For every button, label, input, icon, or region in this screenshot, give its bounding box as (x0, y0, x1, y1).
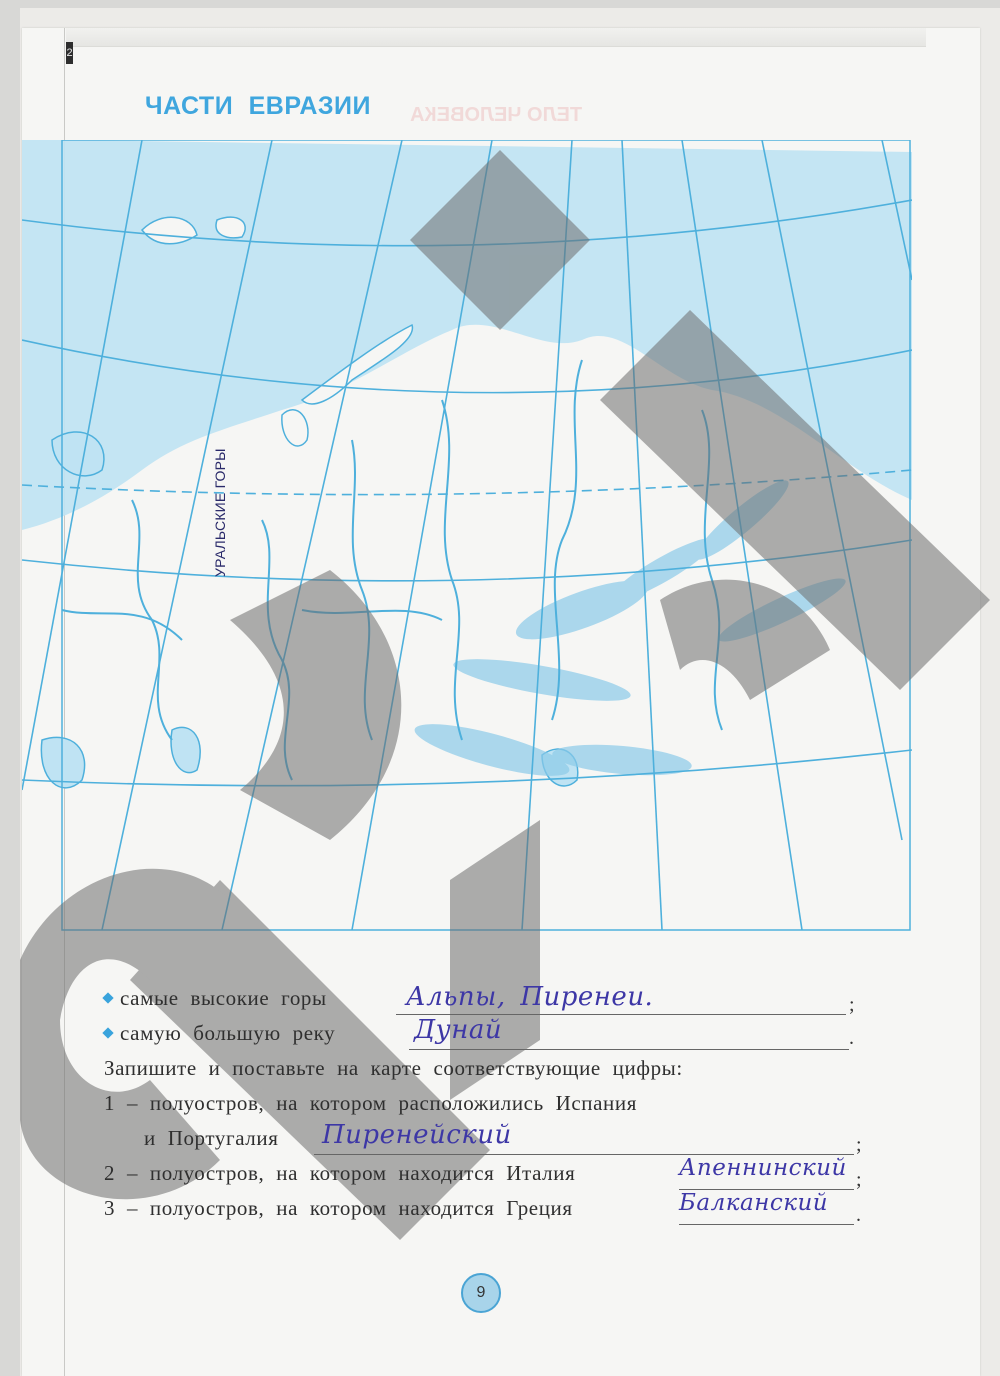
handwritten-answer: Дунай (414, 1015, 502, 1045)
handwritten-answer: Альпы, Пиренеи. (406, 982, 653, 1012)
end-punctuation: ; (856, 1134, 862, 1157)
handwritten-answer: Пиренейский (322, 1120, 512, 1150)
item-number: 2 (104, 1161, 115, 1185)
answer-field-balkan[interactable] (679, 1224, 854, 1225)
task-bullet-2: самую большую реку Дунай . (104, 1021, 884, 1056)
task-prompt: самые высокие горы (120, 986, 327, 1010)
handwritten-answer: Апеннинский (679, 1155, 847, 1181)
page-title: ЧАСТИ ЕВРАЗИИ (145, 92, 371, 121)
item-number: 3 (104, 1196, 115, 1220)
task-prompt: и Португалия (144, 1126, 278, 1150)
end-punctuation: . (856, 1204, 862, 1227)
page-number-badge: 9 (461, 1273, 501, 1313)
answer-field-river[interactable] (409, 1049, 849, 1050)
map-graphic (22, 140, 912, 940)
end-punctuation: . (849, 1027, 855, 1050)
page-fold (66, 28, 926, 47)
diamond-bullet-icon (102, 993, 113, 1004)
task-prompt: самую большую реку (120, 1021, 335, 1045)
task-prompt: – полуостров, на котором расположились И… (127, 1091, 637, 1115)
handwritten-label-ural-mountains: УРАЛЬСКИЕ ГОРЫ (212, 448, 228, 577)
task-prompt: – полуостров, на котором находится Греци… (127, 1196, 573, 1220)
task-numbered-3: 3 – полуостров, на котором находится Гре… (104, 1196, 884, 1231)
handwritten-answer: Балканский (679, 1190, 828, 1216)
task-prompt: – полуостров, на котором находится Итали… (127, 1161, 575, 1185)
end-punctuation: ; (849, 994, 855, 1017)
end-punctuation: ; (856, 1169, 862, 1192)
item-number: 1 (104, 1091, 115, 1115)
bleed-through-title: ТЕЛО ЧЕЛОВЕКА (410, 104, 582, 127)
task-instruction: Запишите и поставьте на карте соответств… (104, 1056, 884, 1091)
diamond-bullet-icon (102, 1028, 113, 1039)
contour-map-eurasia[interactable] (22, 140, 912, 940)
task-list: самые высокие горы Альпы, Пиренеи. ; сам… (104, 986, 884, 1231)
page-tab-marker: 2 (66, 42, 73, 64)
